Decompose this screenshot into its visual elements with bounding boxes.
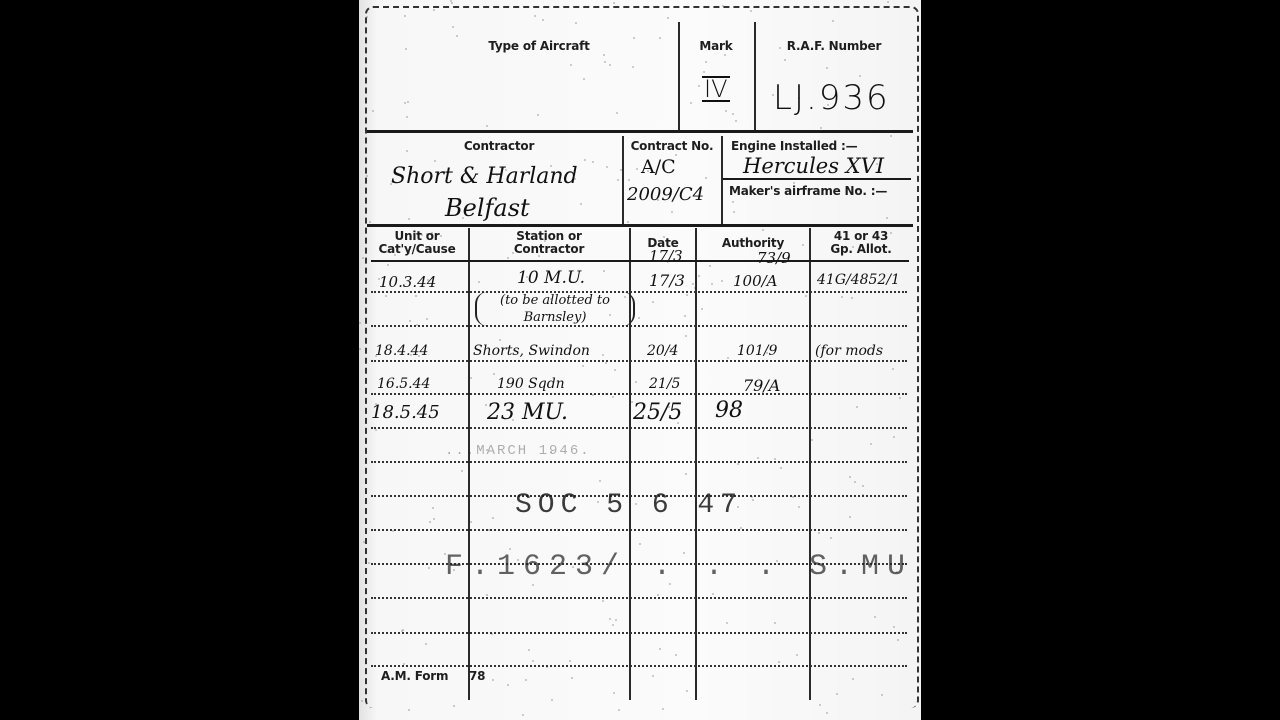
row5-date: 25/5 xyxy=(633,400,682,425)
table-row-rule xyxy=(371,597,907,599)
row1-gp-allot: 41G/4852/1 xyxy=(817,272,900,288)
table-row-rule xyxy=(371,665,907,667)
engine-installed-label: Engine Installed :— xyxy=(731,140,857,153)
row5-unit: 18.5.45 xyxy=(371,402,440,423)
divider-raf-number xyxy=(754,22,756,130)
mark-value: IV xyxy=(702,76,730,102)
table-row-rule xyxy=(371,461,907,463)
row5-authority: 98 xyxy=(715,398,743,423)
row3-authority: 101/9 xyxy=(737,343,777,359)
contractor-value-line1: Short & Harland xyxy=(391,164,578,189)
contractor-label: Contractor xyxy=(419,140,579,153)
table-row-rule xyxy=(371,393,907,395)
raf-number-label: R.A.F. Number xyxy=(759,40,909,53)
row4-unit: 16.5.44 xyxy=(377,376,430,392)
row4-date: 21/5 xyxy=(649,376,680,392)
row3-unit: 18.4.44 xyxy=(375,343,428,359)
table-row-rule xyxy=(371,529,907,531)
contract-no-value-line2: 2009/C4 xyxy=(627,184,704,205)
engine-rule xyxy=(723,178,911,180)
raf-number-value: LJ.936 xyxy=(773,78,890,118)
soc-stamp: SOC 5 6 47 xyxy=(515,490,743,521)
row1-date: 17/3 xyxy=(649,271,685,290)
makers-airframe-label: Maker's airframe No. :— xyxy=(729,185,887,198)
table-row-rule xyxy=(371,291,907,293)
row3-station: Shorts, Swindon xyxy=(473,343,590,359)
divider-mark xyxy=(678,22,680,130)
table-row-rule xyxy=(371,360,907,362)
census-stamp: ...MARCH 1946. xyxy=(445,443,591,459)
authority-header-annotation: 73/9 xyxy=(757,249,791,267)
row3-gp-allot: (for mods xyxy=(815,343,883,359)
aircraft-movement-card: Type of Aircraft Mark R.A.F. Number IV L… xyxy=(359,0,921,720)
type-of-aircraft-label: Type of Aircraft xyxy=(459,40,619,53)
col-divider-3 xyxy=(695,228,697,700)
col-divider-4 xyxy=(809,228,811,700)
contract-rule xyxy=(367,224,913,227)
row1-authority: 100/A xyxy=(733,272,778,290)
divider-engine xyxy=(721,136,723,224)
col-header-authority: Authority xyxy=(697,237,809,250)
col-header-gp-allot: 41 or 43Gp. Allot. xyxy=(811,230,911,256)
table-row-rule xyxy=(371,325,907,327)
header-rule xyxy=(367,130,913,133)
col-header-station: Station orContractor xyxy=(469,230,629,256)
form-name: A.M. Form xyxy=(381,670,448,683)
row5-station: 23 MU. xyxy=(487,400,568,425)
contract-no-value-line1: A/C xyxy=(641,156,676,178)
contractor-value-line2: Belfast xyxy=(445,194,530,222)
form-number: 78 xyxy=(469,670,485,683)
contract-no-label: Contract No. xyxy=(623,140,721,153)
row4-authority: 79/A xyxy=(743,376,780,395)
mark-label: Mark xyxy=(679,40,753,53)
col-divider-1 xyxy=(468,228,470,700)
col-header-unit: Unit orCat'y/Cause xyxy=(367,230,467,256)
row3-date: 20/4 xyxy=(647,343,678,359)
form-reference-stamp: F.1623/ . . . S.MU xyxy=(445,550,913,584)
table-row-rule xyxy=(371,632,907,634)
row2-station-note: (to be allotted to Barnsley) xyxy=(475,292,635,326)
table-row-rule xyxy=(371,427,907,429)
date-header-annotation: 17/3 xyxy=(649,247,683,265)
row1-unit: 10.3.44 xyxy=(379,273,436,291)
engine-installed-value: Hercules XVI xyxy=(743,154,884,178)
row1-station: 10 M.U. xyxy=(517,268,585,288)
row4-station: 190 Sqdn xyxy=(497,376,565,392)
table-header-rule xyxy=(371,260,909,262)
